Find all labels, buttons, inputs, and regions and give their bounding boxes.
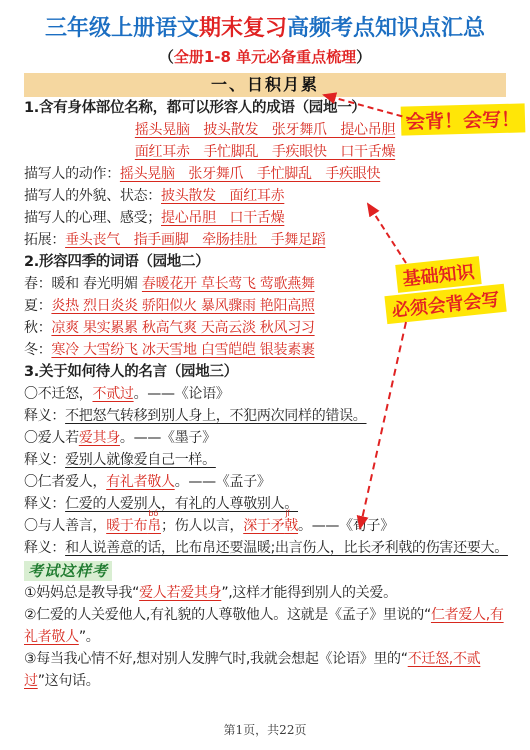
shiyi-mozi: 释义：爱别人就像爱自己一样。 [24,449,506,471]
quote-key-phrase-1: 暖于布 [106,518,147,534]
describe-idioms: 摇头晃脑 张牙舞爪 手忙脚乱 手疾眼快 [120,166,380,182]
title-part-blue-2: 高频考点知识点汇总 [287,16,485,41]
quote-key-phrase-2: 深于矛 [243,518,284,534]
pinyin-annotation: jǐ [285,510,289,518]
quote-key-phrase: 爱其身 [79,430,120,446]
season-red-words: 凉爽 果实累累 秋高气爽 天高云淡 秋风习习 [51,320,314,336]
shiyi-text: 和人说善意的话，比布帛还要温暖;出言伤人，比长矛利戟的伤害还要大。 [65,540,508,556]
section3-heading: 3.关于如何待人的名言（园地三） [24,361,506,383]
season-red-words: 寒冷 大雪纷飞 冰天雪地 白雪皑皑 银装素裹 [51,342,314,358]
pinyin-annotation: bó [148,510,158,518]
char-with-pinyin-bo: bó帛 [147,518,161,534]
subtitle: （全册1-8 单元必备重点梳理） [24,46,506,68]
quote-key-phrase: 有礼者敬人 [106,474,175,490]
pinyin-char: 戟 [284,518,298,534]
char-with-pinyin-ji: jǐ戟 [284,518,298,534]
season-red-words: 春暖花开 草长莺飞 莺歌燕舞 [142,276,315,292]
exam-item-2: ②仁爱的人关爱他人,有礼貌的人尊敬他人。这就是《孟子》里说的“仁者爱人,有礼者敬… [24,604,506,648]
subtitle-paren-close: ） [356,48,371,66]
section-band-riji-yuelei: 一、日积月累 [24,73,506,97]
idiom-row-2-text: 面红耳赤 手忙脚乱 手疾眼快 口干舌燥 [135,144,395,160]
quote-post: 。——《荀子》 [298,518,394,534]
subtitle-paren-open: （ [159,48,174,66]
exam-item-key-phrase: 爱人若爱其身 [139,585,221,601]
describe-label: 描写人的外貌、状态： [24,188,161,204]
quote-post: 。——《孟子》 [175,474,271,490]
season-label: 秋： [24,320,51,336]
describe-label: 描写人的心理、感受； [24,210,161,226]
describe-idioms: 垂头丧气 指手画脚 牵肠挂肚 手舞足蹈 [65,232,325,248]
season-red-words: 炎热 烈日炎炎 骄阳似火 暴风骤雨 艳阳高照 [51,298,314,314]
exam-heading-wrap: 考试这样考 [24,560,506,582]
exam-item-pre: ③每当我心情不好,想对别人发脾气时,我就会想起《论语》里的“ [24,651,408,667]
shiyi-text: 爱别人就像爱自己一样。 [65,452,216,468]
exam-item-pre: ②仁爱的人关爱他人,有礼貌的人尊敬他人。这就是《孟子》里说的“ [24,607,431,623]
quote-mid: ；伤人以言， [161,518,243,534]
describe-line-action: 描写人的动作：摇头晃脑 张牙舞爪 手忙脚乱 手疾眼快 [24,163,506,185]
describe-label: 拓展： [24,232,65,248]
quote-xunzi: 〇与人善言，暖于布bó帛；伤人以言，深于矛jǐ戟。——《荀子》 [24,515,506,537]
describe-line-appearance: 描写人的外貌、状态：披头散发 面红耳赤 [24,185,506,207]
idiom-row-2: 面红耳赤 手忙脚乱 手疾眼快 口干舌燥 [24,141,506,163]
season-label: 冬： [24,342,51,358]
quote-pre: 〇爱人若 [24,430,79,446]
describe-idioms: 提心吊胆 口干舌燥 [161,210,284,226]
shiyi-text: 不把怒气转移到别人身上，不犯两次同样的错误。 [65,408,366,424]
exam-item-3: ③每当我心情不好,想对别人发脾气时,我就会想起《论语》里的“不迁怒,不贰过”这句… [24,648,506,692]
shiyi-label: 释义： [24,452,65,468]
describe-line-extension: 拓展：垂头丧气 指手画脚 牵肠挂肚 手舞足蹈 [24,229,506,251]
shiyi-label: 释义： [24,408,65,424]
quote-pre: 〇仁者爱人， [24,474,106,490]
exam-item-post: ”这句话。 [38,673,100,689]
quote-post: 。——《论语》 [134,386,230,402]
shiyi-mengzi: 释义：仁爱的人爱别人，有礼的人尊敬别人。 [24,493,506,515]
season-line-autumn: 秋：凉爽 果实累累 秋高气爽 天高云淡 秋风习习 [24,317,506,339]
quote-key-phrase: 不贰过 [93,386,134,402]
quote-pre: 〇与人善言， [24,518,106,534]
exam-item-post: ”,这样才能得到别人的关爱。 [221,585,397,601]
shiyi-label: 释义： [24,496,65,512]
shiyi-xunzi: 释义：和人说善意的话，比布帛还要温暖;出言伤人，比长矛利戟的伤害还要大。 [24,537,506,559]
exam-item-pre: ①妈妈总是教导我“ [24,585,139,601]
exam-heading: 考试这样考 [24,561,112,581]
document-content: 三年级上册语文期末复习高频考点知识点汇总 （全册1-8 单元必备重点梳理） 一、… [0,0,530,692]
page-footer: 第1页，共22页 [0,721,530,738]
season-label: 夏： [24,298,51,314]
title-part-red: 期末复习 [199,16,287,41]
describe-line-feeling: 描写人的心理、感受；提心吊胆 口干舌燥 [24,207,506,229]
subtitle-text: 全册1-8 单元必备重点梳理 [174,48,356,66]
quote-mengzi: 〇仁者爱人，有礼者敬人。——《孟子》 [24,471,506,493]
sticky-note-huibei-huixie: 会背！会写！ [401,103,526,135]
pinyin-char: 帛 [147,518,161,534]
title-part-blue-1: 三年级上册语文 [45,16,199,41]
season-line-winter: 冬：寒冷 大雪纷飞 冰天雪地 白雪皑皑 银装素裹 [24,339,506,361]
shiyi-label: 释义： [24,540,65,556]
describe-idioms: 披头散发 面红耳赤 [161,188,284,204]
exam-item-1: ①妈妈总是教导我“爱人若爱其身”,这样才能得到别人的关爱。 [24,582,506,604]
season-black-words: 暖和 春光明媚 [51,276,142,292]
shiyi-text: 仁爱的人爱别人，有礼的人尊敬别人。 [65,496,298,512]
page-title: 三年级上册语文期末复习高频考点知识点汇总 [24,14,506,44]
document-page: 三年级上册语文期末复习高频考点知识点汇总 （全册1-8 单元必备重点梳理） 一、… [0,0,530,750]
quote-pre: 〇不迁怒， [24,386,93,402]
idiom-row-1-text: 摇头晃脑 披头散发 张牙舞爪 提心吊胆 [135,122,395,138]
shiyi-lunyu: 释义：不把怒气转移到别人身上，不犯两次同样的错误。 [24,405,506,427]
exam-item-post: ”。 [79,629,100,645]
quote-lunyu: 〇不迁怒，不贰过。——《论语》 [24,383,506,405]
season-label: 春： [24,276,51,292]
quote-mozi: 〇爱人若爱其身。——《墨子》 [24,427,506,449]
quote-post: 。——《墨子》 [120,430,216,446]
describe-label: 描写人的动作： [24,166,120,182]
